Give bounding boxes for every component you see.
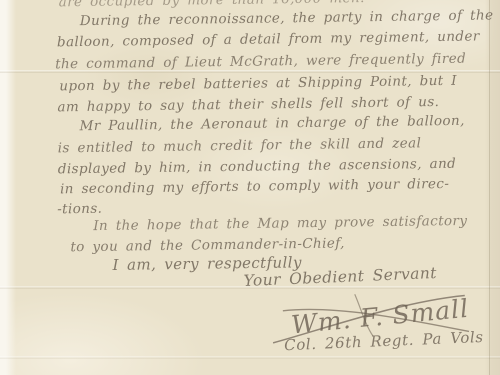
letter-line: During the reconnoissance, the party in … [80, 7, 494, 29]
letter-line: the command of Lieut McGrath, were frequ… [55, 51, 466, 73]
letter-line: are occupied by more than 16,000 men. [59, 0, 365, 10]
letter-line: -tions. [57, 201, 102, 218]
letter-line: upon by the rebel batteries at Shipping … [59, 73, 457, 95]
letter-line: in seconding my efforts to comply with y… [60, 176, 450, 197]
letter-line: displayed by him, in conducting the asce… [58, 156, 457, 178]
letter-line: Mr Paullin, the Aeronaut in charge of th… [79, 113, 464, 134]
letter-line: to you and the Commander-in-Chief, [70, 235, 345, 255]
letter-line: am happy to say that their shells fell s… [57, 94, 439, 115]
letter-line: In the hope that the Map may prove satis… [93, 213, 467, 234]
letter-line: balloon, composed of a detail from my re… [57, 28, 480, 50]
handwritten-text-block: are occupied by more than 16,000 men. Du… [0, 0, 500, 375]
letter-line: is entitled to much credit for the skill… [58, 135, 422, 156]
letter-page: are occupied by more than 16,000 men. Du… [0, 0, 500, 375]
